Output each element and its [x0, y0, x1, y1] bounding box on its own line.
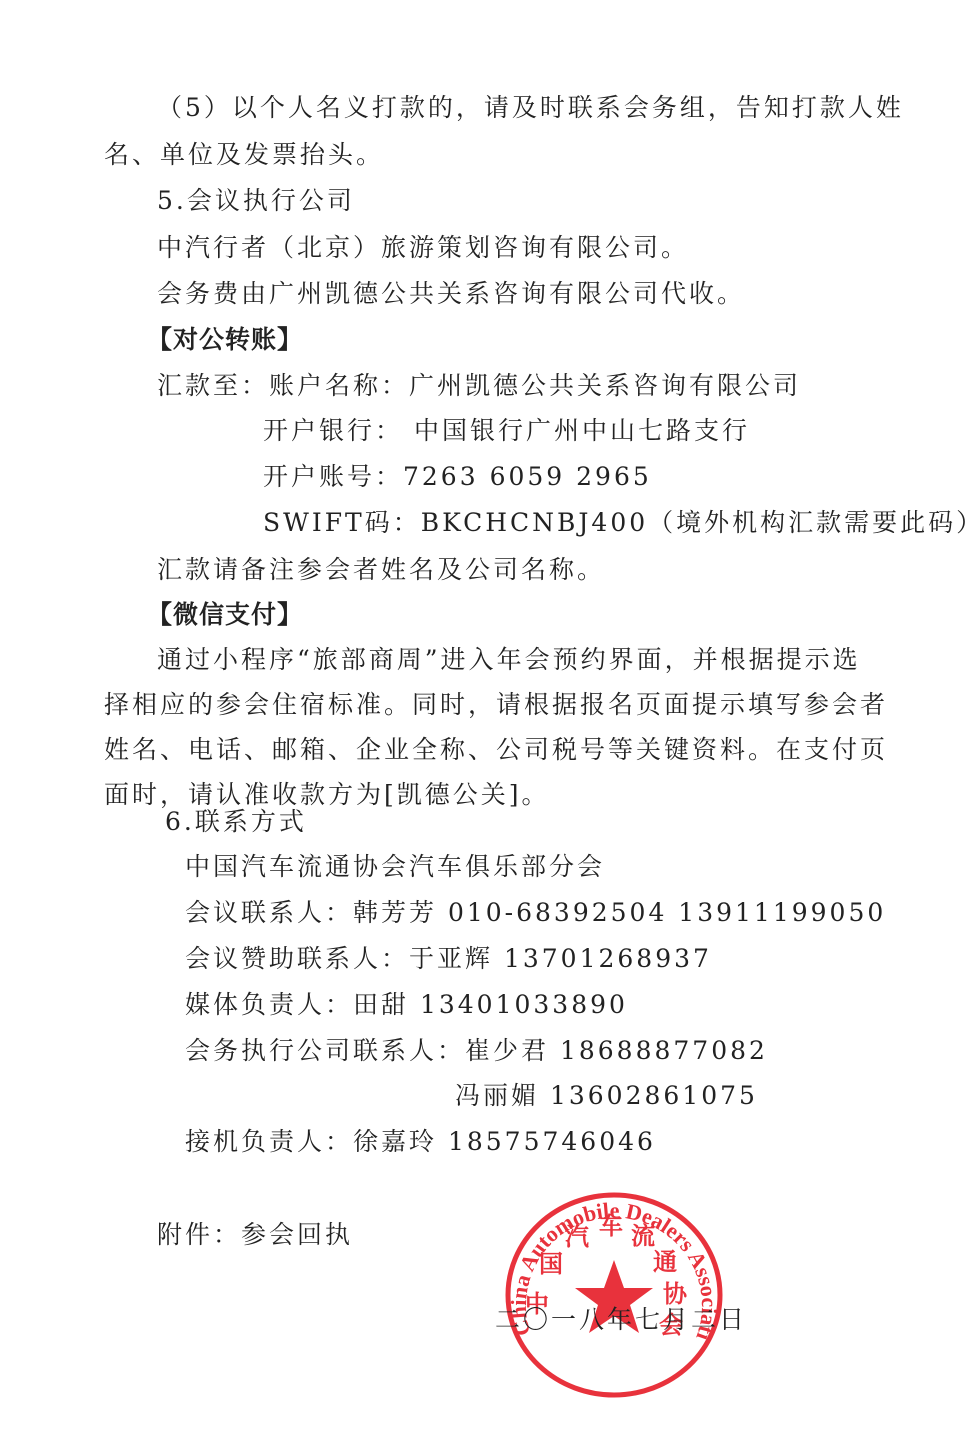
- svg-text:国: 国: [539, 1250, 563, 1278]
- svg-text:协: 协: [663, 1280, 688, 1308]
- bank-transfer-heading: 【对公转账】: [147, 325, 303, 355]
- contact-meeting: 会议联系人：韩芳芳 010-68392504 13911199050: [185, 898, 886, 928]
- section6-organization: 中国汽车流通协会汽车俱乐部分会: [185, 852, 605, 882]
- contact-media: 媒体负责人：田甜 13401033890: [185, 990, 628, 1020]
- svg-text:汽: 汽: [565, 1223, 589, 1251]
- section5-heading: 5.会议执行公司: [157, 186, 355, 216]
- bank-name: 开户银行： 中国银行广州中山七路支行: [263, 416, 750, 446]
- section5-company: 中汽行者（北京）旅游策划咨询有限公司。: [157, 233, 689, 263]
- svg-text:车: 车: [599, 1212, 623, 1240]
- contact-execution-1: 会务执行公司联系人：崔少君 18688877082: [185, 1036, 768, 1066]
- wechat-pay-line1: 通过小程序“旅部商周”进入年会预约界面，并根据提示选: [157, 645, 861, 675]
- item5-line2: 名、单位及发票抬头。: [104, 140, 384, 170]
- contact-airport: 接机负责人：徐嘉玲 18575746046: [185, 1127, 656, 1157]
- section6-heading: 6.联系方式: [165, 807, 307, 837]
- contact-execution-2: 冯丽媚 13602861075: [455, 1081, 758, 1111]
- svg-text:流: 流: [631, 1222, 655, 1250]
- bank-account-name: 汇款至：账户名称：广州凯德公共关系咨询有限公司: [157, 371, 801, 401]
- bank-note: 汇款请备注参会者姓名及公司名称。: [157, 555, 605, 585]
- bank-account-number: 开户账号：7263 6059 2965: [263, 462, 652, 492]
- wechat-pay-line4: 面时，请认准收款方为[凯德公关]。: [104, 780, 550, 810]
- contact-sponsor: 会议赞助联系人：于亚辉 13701268937: [185, 944, 712, 974]
- svg-text:通: 通: [653, 1248, 677, 1276]
- attachment-note: 附件：参会回执: [157, 1220, 353, 1250]
- wechat-pay-heading: 【微信支付】: [147, 600, 303, 630]
- official-seal: China Automobile Dealers Association 中 国…: [503, 1190, 725, 1400]
- document-date: 二〇一八年七月二日: [495, 1305, 747, 1335]
- wechat-pay-line3: 姓名、电话、邮箱、企业全称、公司税号等关键资料。在支付页: [104, 735, 888, 765]
- item5-line1: （5）以个人名义打款的，请及时联系会务组，告知打款人姓: [157, 93, 904, 123]
- bank-swift: SWIFT码：BKCHCNBJ400（境外机构汇款需要此码）: [263, 508, 965, 538]
- section5-collector: 会务费由广州凯德公共关系咨询有限公司代收。: [157, 279, 745, 309]
- wechat-pay-line2: 择相应的参会住宿标准。同时，请根据报名页面提示填写参会者: [104, 690, 888, 720]
